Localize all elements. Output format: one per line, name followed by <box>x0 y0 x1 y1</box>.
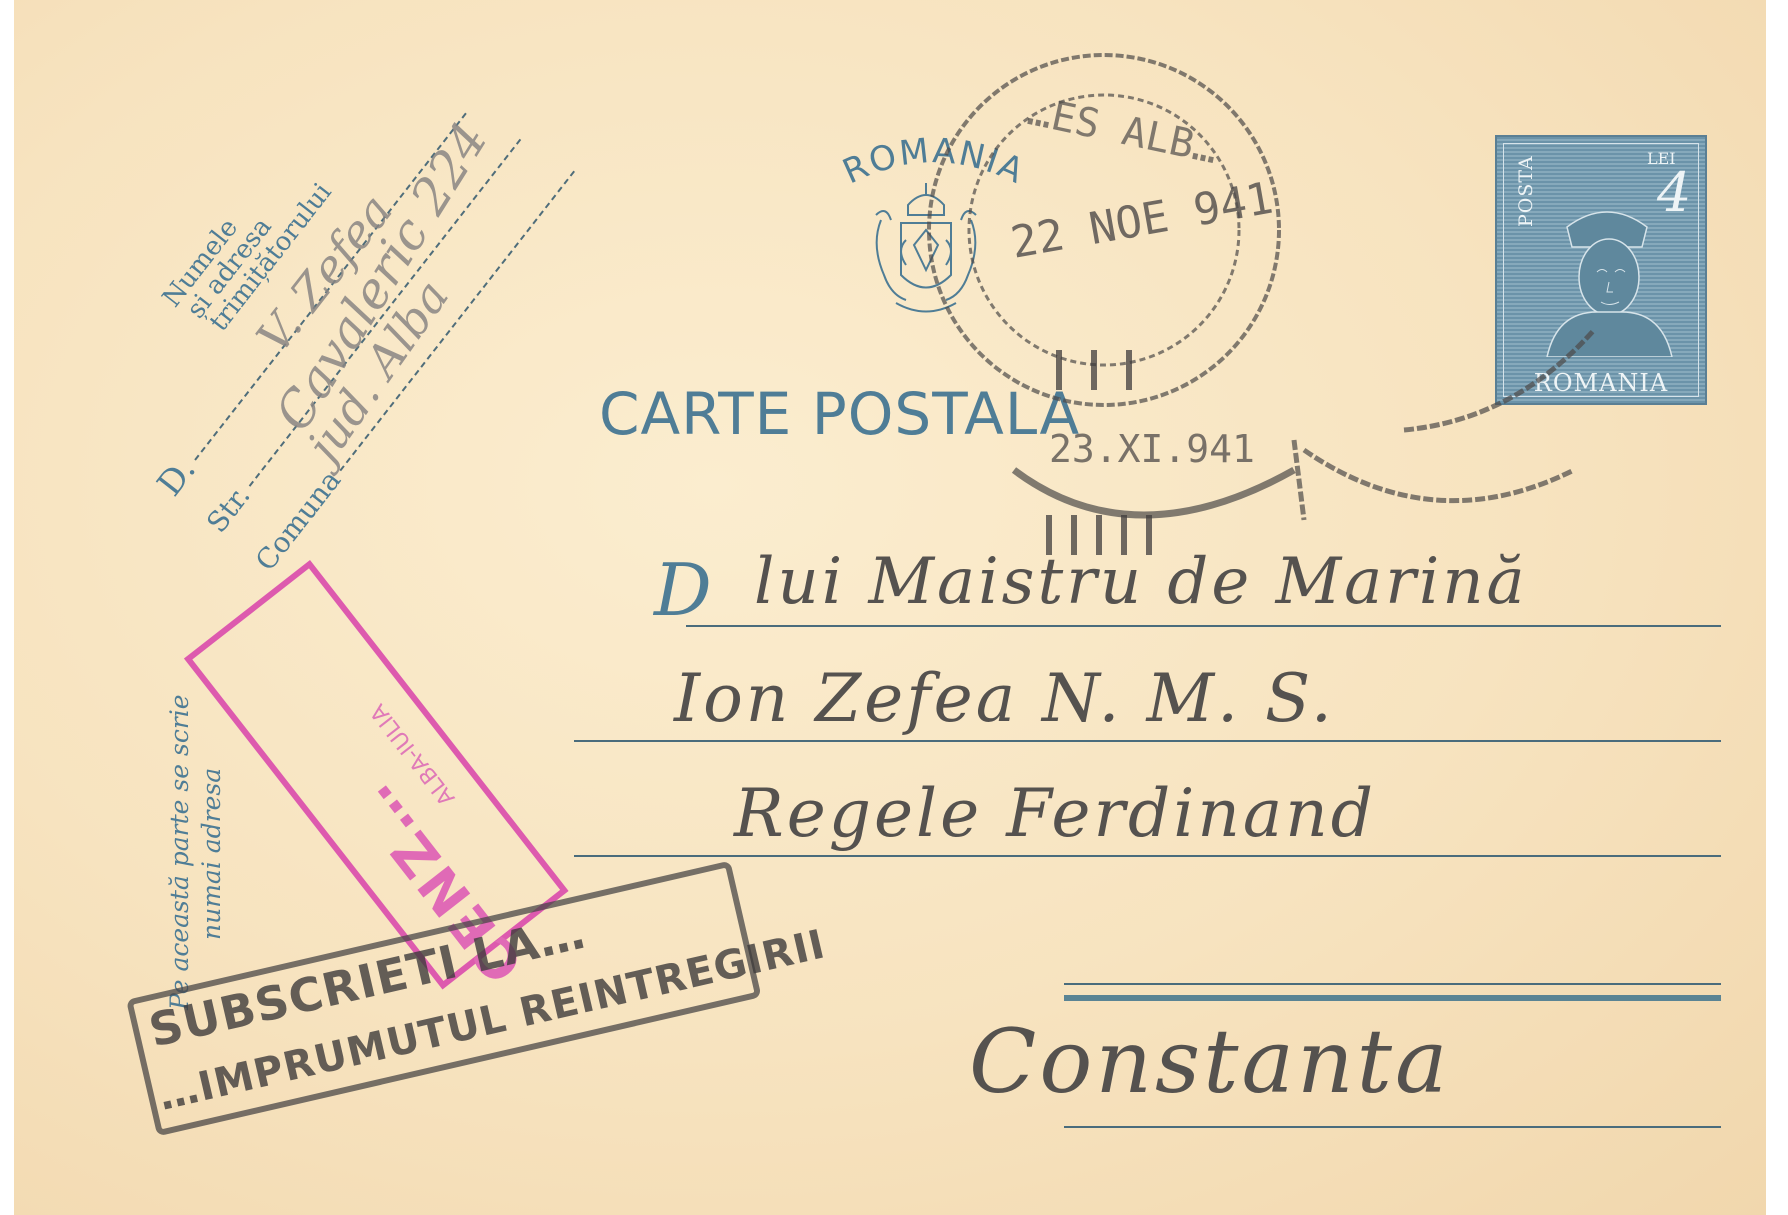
note-line: numai adresa <box>196 694 228 1010</box>
note-line: Pe această parte se scrie <box>164 694 196 1010</box>
recipient-line-4: Constanta <box>969 1010 1450 1113</box>
recipient-prefix: D <box>654 548 712 632</box>
stamp-posta-label: POSTA <box>1515 155 1537 227</box>
stamp-country: ROMANIA <box>1497 369 1705 397</box>
address-line <box>1064 1126 1721 1128</box>
coat-of-arms-icon <box>856 175 996 325</box>
address-line <box>1064 983 1721 985</box>
address-line-thick <box>1064 995 1721 1001</box>
address-only-note: Pe această parte se scrie numai adresa <box>164 694 228 1010</box>
recipient-line-2: Ion Zefea N. M. S. <box>674 660 1335 737</box>
card-title: CARTE POSTALA <box>599 380 1080 448</box>
recipient-line-1: lui Maistru de Marină <box>754 545 1528 619</box>
sender-street-label: Str. <box>200 479 257 538</box>
postcard: Numele și adresa trimițătorului D. Str. … <box>14 0 1766 1215</box>
address-line <box>574 855 1721 857</box>
postage-stamp: POSTA LEI 4 ROMANIA <box>1495 135 1707 405</box>
portrait-icon <box>1537 187 1677 357</box>
address-line <box>574 740 1721 742</box>
address-line <box>686 625 1721 627</box>
recipient-line-3: Regele Ferdinand <box>734 775 1376 852</box>
